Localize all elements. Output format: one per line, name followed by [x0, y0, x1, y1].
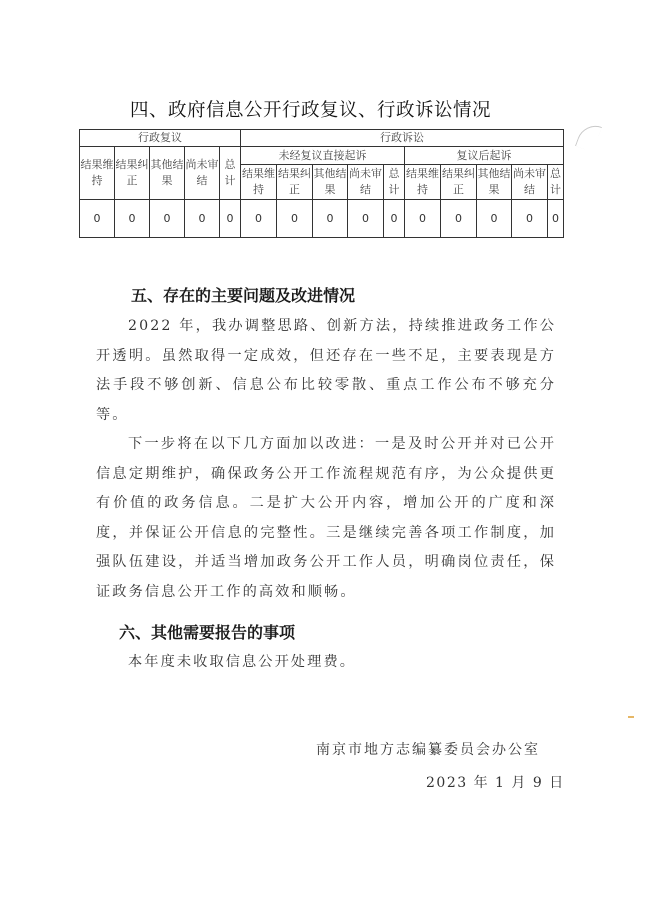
group-admin-review: 行政复议: [80, 130, 241, 147]
col-header: 总计: [548, 165, 564, 200]
signature-date: 2023 年 1 月 9 日: [426, 772, 565, 792]
subgroup-suit-after-review: 复议后起诉: [405, 147, 564, 165]
table-cell: 0: [80, 200, 115, 238]
table-cell: 0: [548, 200, 564, 238]
table-cell: 0: [405, 200, 441, 238]
signature-organization: 南京市地方志编纂委员会办公室: [316, 739, 540, 759]
col-header: 结果维持: [80, 147, 115, 200]
col-header: 尚未审结: [185, 147, 220, 200]
col-header: 结果纠正: [115, 147, 150, 200]
subgroup-direct-suit: 未经复议直接起诉: [241, 147, 405, 165]
table-cell: 0: [441, 200, 477, 238]
col-header: 结果纠正: [441, 165, 477, 200]
col-header: 总计: [384, 165, 405, 200]
table-cell: 0: [512, 200, 548, 238]
col-header: 结果维持: [241, 165, 277, 200]
col-header: 其他结果: [313, 165, 348, 200]
paragraph: 下一步将在以下几方面加以改进：一是及时公开并对已公开信息定期维护，确保政务公开工…: [96, 430, 556, 607]
section-4-title: 四、政府信息公开行政复议、行政诉讼情况: [130, 96, 491, 122]
table-cell: 0: [185, 200, 220, 238]
table-cell: 0: [115, 200, 150, 238]
table-cell: 0: [241, 200, 277, 238]
scan-speck: [628, 716, 634, 718]
table-cell: 0: [220, 200, 241, 238]
col-header: 其他结果: [477, 165, 512, 200]
group-admin-litigation: 行政诉讼: [241, 130, 564, 147]
table-cell: 0: [313, 200, 348, 238]
section-6-title: 六、其他需要报告的事项: [119, 620, 295, 643]
col-header: 结果纠正: [277, 165, 313, 200]
scan-mark: [575, 121, 602, 153]
table-cell: 0: [277, 200, 313, 238]
col-header: 尚未审结: [512, 165, 548, 200]
section-5-title: 五、存在的主要问题及改进情况: [131, 283, 355, 306]
table-row: 0 0 0 0 0 0 0 0 0 0 0 0 0 0 0: [80, 200, 564, 238]
paragraph: 2022 年，我办调整思路、创新方法，持续推进政务工作公开透明。虽然取得一定成效…: [96, 312, 556, 430]
table-cell: 0: [150, 200, 185, 238]
paragraph: 本年度未收取信息公开处理费。: [96, 648, 556, 678]
col-header: 其他结果: [150, 147, 185, 200]
table-cell: 0: [384, 200, 405, 238]
table-cell: 0: [348, 200, 384, 238]
col-header: 总计: [220, 147, 241, 200]
col-header: 尚未审结: [348, 165, 384, 200]
table-cell: 0: [477, 200, 512, 238]
col-header: 结果维持: [405, 165, 441, 200]
review-litigation-table: 行政复议 行政诉讼 结果维持 结果纠正 其他结果 尚未审结 总计 未经复议直接起…: [79, 129, 564, 238]
